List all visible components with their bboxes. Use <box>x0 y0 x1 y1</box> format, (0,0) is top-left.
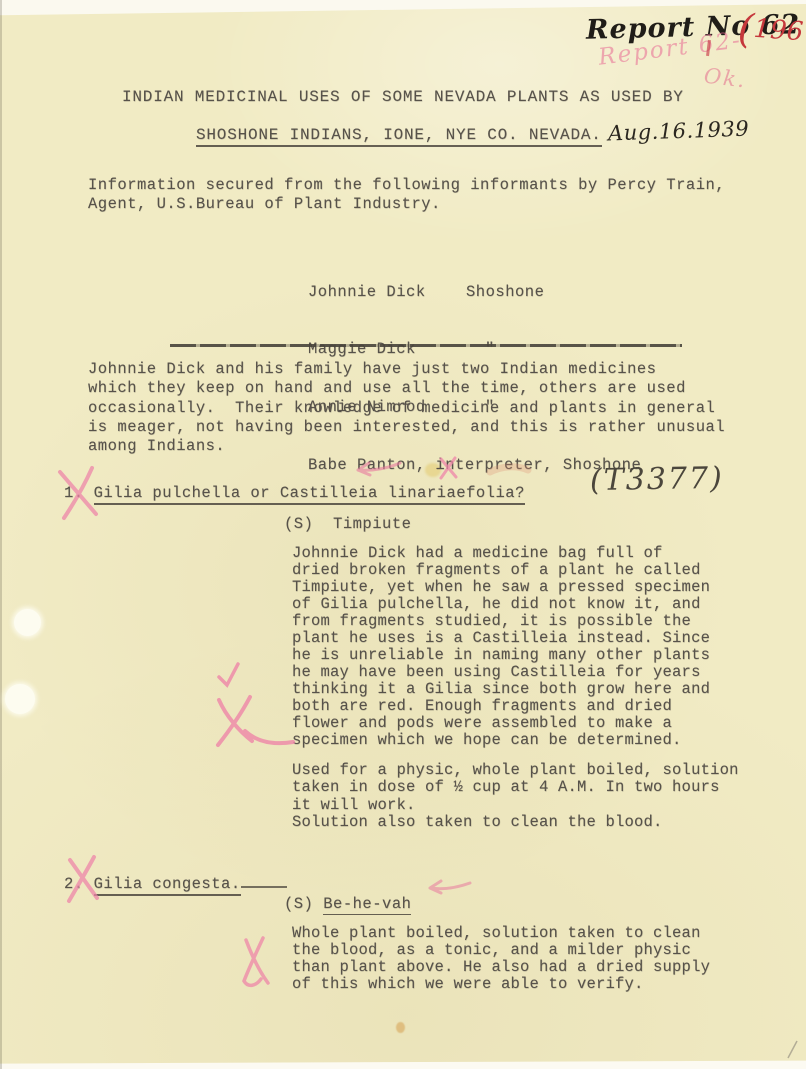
paper-stain <box>396 1022 405 1033</box>
specimen-number-handwriting: (T3377) <box>590 461 724 498</box>
entry-2-number: 2. <box>64 875 84 893</box>
pink-x-mark-paragraph <box>218 697 293 745</box>
shoshone-word: Timpiute <box>333 515 411 533</box>
punch-hole <box>5 684 35 714</box>
spacer <box>313 895 323 913</box>
entry-2-plant-name: Gilia congesta. <box>94 875 241 896</box>
overview-paragraph: Johnnie Dick and his family have just tw… <box>88 360 725 456</box>
spacer <box>313 515 333 533</box>
informant-row: Johnnie DickShoshone <box>308 283 641 302</box>
document-page: Report No 62 Report 62- ((196196 Ok. IND… <box>0 0 806 1069</box>
entry-1-heading: 1.Gilia pulchella or Castilleia linariae… <box>64 484 525 503</box>
pink-check-mark <box>219 664 238 685</box>
entry-1-number: 1. <box>64 484 84 502</box>
entry-2-body: Whole plant boiled, solution taken to cl… <box>292 925 710 993</box>
document-title-line1: INDIAN MEDICINAL USES OF SOME NEVADA PLA… <box>122 88 684 107</box>
section-divider-rule <box>170 344 682 347</box>
shoshone-prefix: (S) <box>284 895 313 913</box>
document-title-line2: SHOSHONE INDIANS, IONE, NYE CO. NEVADA. <box>196 126 602 145</box>
red-paren: ( <box>736 6 755 53</box>
entry-1-plant-name: Gilia pulchella or Castilleia linariaefo… <box>94 484 525 505</box>
entry-1-usage: Used for a physic, whole plant boiled, s… <box>292 762 739 831</box>
paper-bottom-edge <box>0 1057 806 1069</box>
intro-paragraph: Information secured from the following i… <box>88 176 725 215</box>
informant-tribe: Shoshone <box>466 283 544 302</box>
page-number-digits: 196 <box>753 14 805 47</box>
pink-x-mark-entry2-body <box>244 938 268 985</box>
informant-name: Johnnie Dick <box>308 283 466 302</box>
entry-1-shoshone-name: (S) Timpiute <box>284 515 411 534</box>
pencil-slash-mark <box>788 1041 797 1058</box>
ok-mark-handwriting: Ok. <box>703 63 748 92</box>
page-number-red-ink: ((196196 <box>736 6 804 56</box>
underline-tail <box>241 872 287 888</box>
punch-hole <box>14 609 41 636</box>
entry-2-heading: 2.Gilia congesta. <box>64 872 287 894</box>
shoshone-prefix: (S) <box>284 515 313 533</box>
title-underlined: SHOSHONE INDIANS, IONE, NYE CO. NEVADA. <box>196 126 602 147</box>
shoshone-word: Be-he-vah <box>323 895 411 915</box>
pink-arrow-mark-entry2 <box>430 881 470 893</box>
date-handwriting: Aug.16.1939 <box>608 117 750 146</box>
entry-1-body: Johnnie Dick had a medicine bag full of … <box>292 545 710 749</box>
paper-left-edge <box>0 0 2 1069</box>
entry-2-shoshone-name: (S) Be-he-vah <box>284 895 411 914</box>
